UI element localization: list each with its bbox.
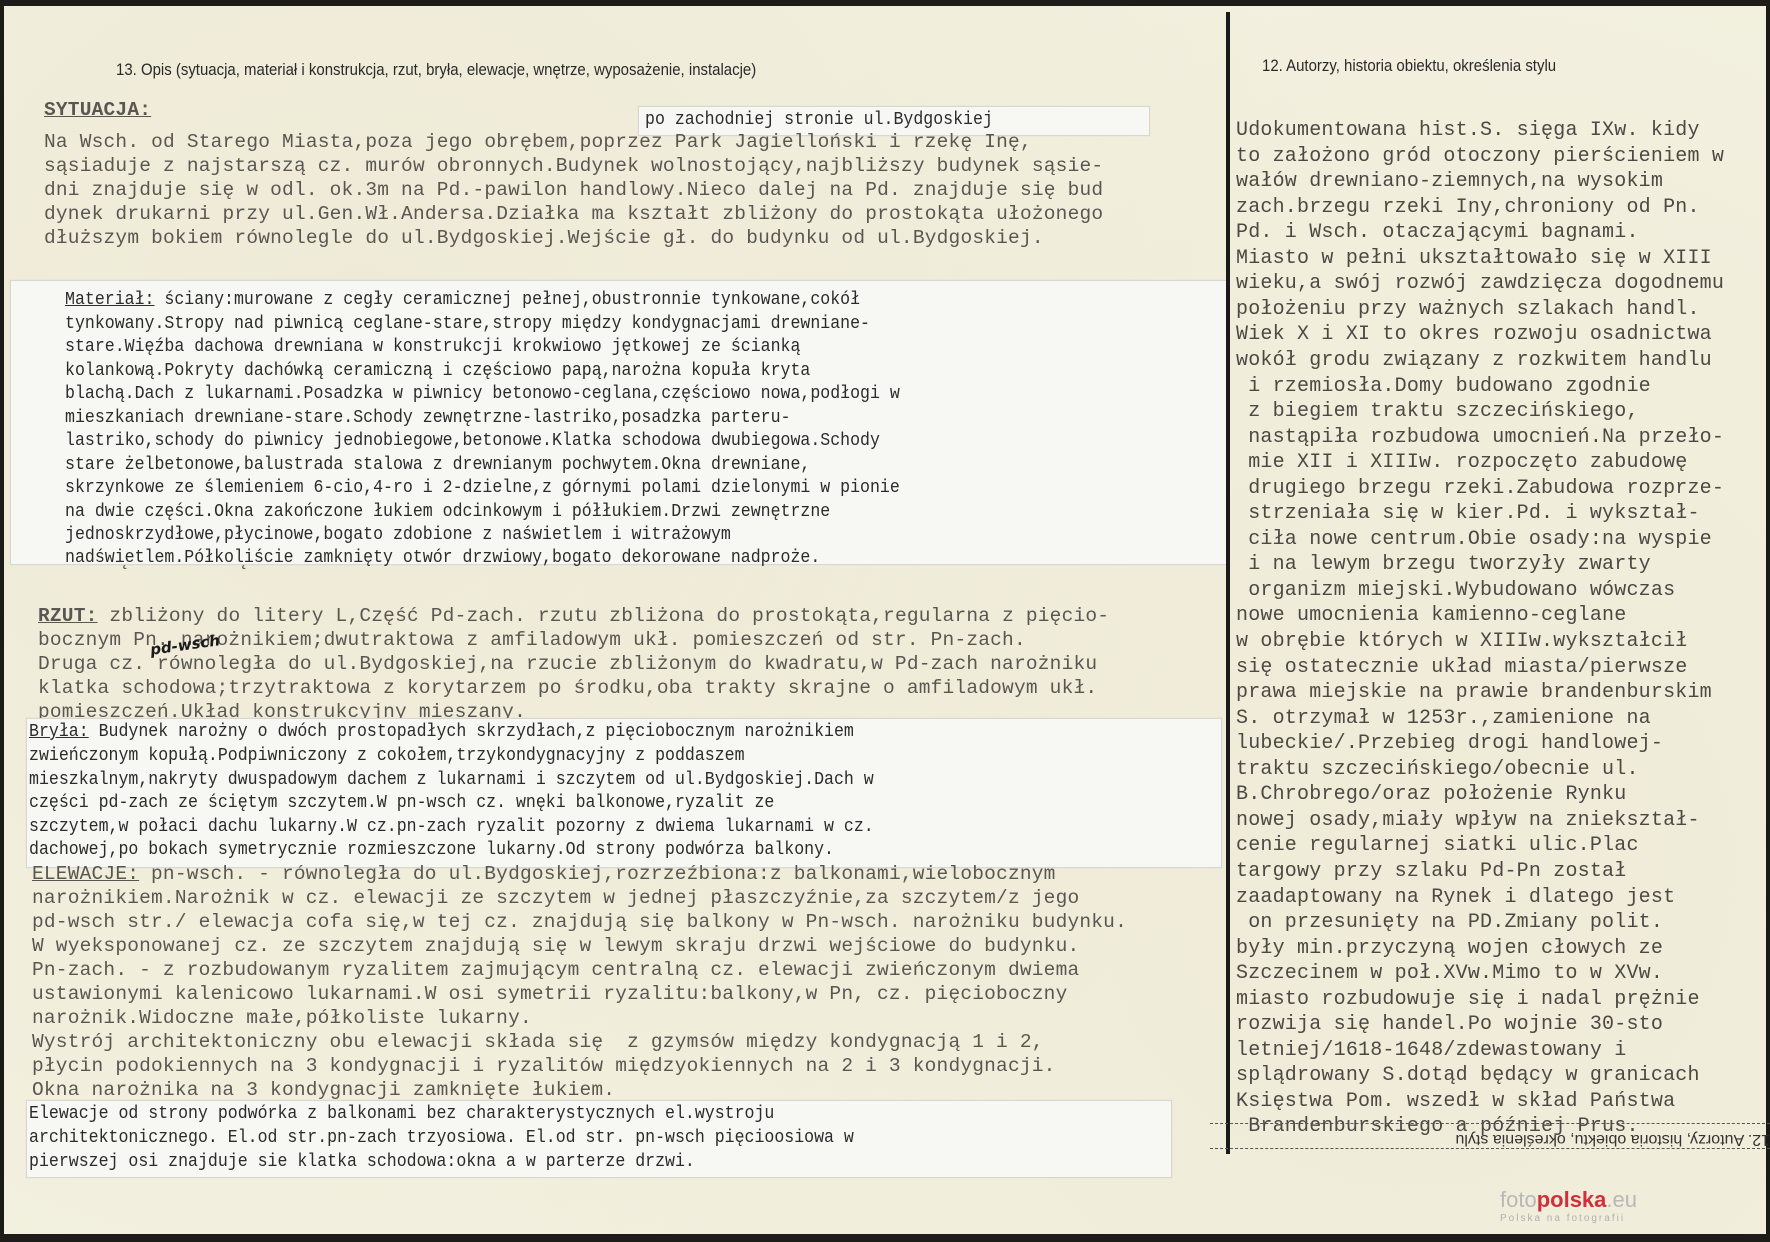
text-line: ciła nowe centrum.Obie osady:na wyspie	[1236, 527, 1712, 553]
text-line: wałów drewniano-ziemnych,na wysokim	[1236, 169, 1663, 195]
text-line: W wyeksponowanej cz. ze szczytem znajduj…	[32, 934, 1079, 958]
text-line: Pn-zach. - z rozbudowanym ryzalitem zajm…	[32, 958, 1079, 982]
text-line: splądrowany S.dotąd będący w granicach	[1236, 1063, 1700, 1089]
text-line: strzeniała się w kier.Pd. i wykształ-	[1236, 501, 1700, 527]
text-line: on przesunięty na PD.Zmiany polit.	[1236, 910, 1663, 936]
text-line: kolankową.Pokryty dachówką ceramiczną i …	[65, 360, 810, 384]
material-pasted-block: Materiał: ściany:murowane z cegły cerami…	[10, 280, 1227, 565]
text-line: nadświetlem.Półkoliście zamknięty otwór …	[65, 547, 820, 571]
elewacje-label: ELEWACJE:	[32, 863, 139, 885]
text-line: były min.przyczyną wojen cłowych ze	[1236, 936, 1663, 962]
text-line: B.Chrobrego/oraz położenie Rynku	[1236, 782, 1626, 808]
text-line: architektonicznego. El.od str.pn-zach tr…	[29, 1127, 854, 1151]
section-12-header: 12. Autorzy, historia obiektu, określeni…	[1262, 56, 1556, 76]
text-line: Elewacje od strony podwórka z balkonami …	[29, 1103, 774, 1127]
text-line: w obrębie których w XIIIw.wykształcił	[1236, 629, 1687, 655]
elewacje-podworze-pasted-block: Elewacje od strony podwórka z balkonami …	[26, 1100, 1172, 1178]
bryla-label: Bryła:	[29, 722, 89, 742]
text-line: letniej/1618-1648/zdewastowany i	[1236, 1038, 1626, 1064]
text-line: miasto rozbudowuje się i nadal prężnie	[1236, 987, 1700, 1013]
text-line: płycin podokiennych na 3 kondygnacji i r…	[32, 1054, 1056, 1078]
text-line: pd-wsch str./ elewacja cofa się,w tej cz…	[32, 910, 1127, 934]
column-divider	[1226, 12, 1230, 1154]
text-line: klatka schodowa;trzytraktowa z korytarze…	[38, 676, 1097, 700]
text-line: mie XII i XIIIw. rozpoczęto zabudowę	[1236, 450, 1687, 476]
watermark: fotopolska.eu Polska na fotografii	[1500, 1187, 1637, 1224]
text-line: zwieńczonym kopułą.Podpiwniczony z cokoł…	[29, 745, 745, 769]
text-line: nowe umocnienia kamienno-ceglane	[1236, 603, 1626, 629]
text-line: Księstwa Pom. wszedł w skład Państwa	[1236, 1089, 1675, 1115]
text-line: to założono gród otoczony pierścieniem w	[1236, 144, 1724, 170]
text-line: jednoskrzydłowe,płycinowe,bogato zdobion…	[65, 524, 731, 548]
scan-bottom-edge	[0, 1234, 1770, 1242]
section-13-header: 13. Opis (sytuacja, materiał i konstrukc…	[116, 60, 756, 80]
text-line: prawa miejskie na prawie brandenburskim	[1236, 680, 1712, 706]
text-line: Na Wsch. od Starego Miasta,poza jego obr…	[44, 130, 1032, 154]
text-line: dni znajduje się w odl. ok.3m na Pd.-paw…	[44, 178, 1103, 202]
text-line: mieszkalnym,nakryty dwuspadowym dachem z…	[29, 769, 874, 793]
text-line: i na lewym brzegu tworzyły zwarty	[1236, 552, 1651, 578]
text-line: cenie regularnej siatki ulic.Plac	[1236, 833, 1639, 859]
text-line: na dwie części.Okna zakończone łukiem od…	[65, 501, 830, 525]
text-line: stare żelbetonowe,balustrada stalowa z d…	[65, 454, 810, 478]
text-line: lubeckie/.Przebieg drogi handlowej-	[1236, 731, 1663, 757]
text-line: zbliżony do litery L,Część Pd-zach. rzut…	[109, 605, 1109, 627]
text-line: Budynek narożny o dwóch prostopadłych sk…	[99, 722, 854, 742]
text-line: położeniu przy ważnych szlakach handl.	[1236, 297, 1700, 323]
text-line: się ostatecznie układ miasta/pierwsze	[1236, 655, 1687, 681]
text-line: skrzynkowe ze ślemieniem 6-cio,4-ro i 2-…	[65, 477, 900, 501]
text-line: lastriko,schody do piwnicy jednobiegowe,…	[65, 430, 880, 454]
text-line: pierwszej osi znajduje sie klatka schodo…	[29, 1151, 695, 1175]
text-line: wokół grodu związany z rozkwitem handlu	[1236, 348, 1712, 374]
text-line: szczytem,w połaci dachu lukarny.W cz.pn-…	[29, 816, 874, 840]
sytuacja-label: SYTUACJA:	[44, 98, 151, 122]
text-line: organizm miejski.Wybudowano wówczas	[1236, 578, 1675, 604]
text-line: zach.brzegu rzeki Iny,chroniony od Pn.	[1236, 195, 1700, 221]
text-line: dachowej,po bokach symetrycznie rozmiesz…	[29, 839, 834, 863]
text-line: Druga cz. równoległa do ul.Bydgoskiej,na…	[38, 652, 1097, 676]
text-line: dynek drukarni przy ul.Gen.Wł.Andersa.Dz…	[44, 202, 1103, 226]
text-line: Miasto w pełni ukształtowało się w XIII	[1236, 246, 1712, 272]
text-line: narożnikiem.Narożnik w cz. elewacji ze s…	[32, 886, 1079, 910]
text-line: Okna narożnika na 3 kondygnacji zamknięt…	[32, 1078, 615, 1102]
text-line: Wystrój architektoniczny obu elewacji sk…	[32, 1030, 1044, 1054]
text-line: blachą.Dach z lukarnami.Posadzka w piwni…	[65, 383, 900, 407]
text-line: dłuższym bokiem równolegle do ul.Bydgosk…	[44, 226, 1044, 250]
text-line: ustawionymi kalenicowo lukarnami.W osi s…	[32, 982, 1067, 1006]
text-line: części pd-zach ze ściętym szczytem.W pn-…	[29, 792, 774, 816]
text-line: i rzemiosła.Domy budowano zgodnie	[1236, 374, 1651, 400]
text-line: Udokumentowana hist.S. sięga IXw. kidy	[1236, 118, 1700, 144]
text-line: ściany:murowane z cegły ceramicznej pełn…	[164, 290, 860, 310]
text-line: S. otrzymał w 1253r.,zamienione na	[1236, 706, 1651, 732]
text-line: pn-wsch. - równoległa do ul.Bydgoskiej,r…	[151, 863, 1056, 885]
text-line: rozwija się handel.Po wojnie 30-sto	[1236, 1012, 1663, 1038]
text-line: Pd. i Wsch. otaczającymi bagnami.	[1236, 220, 1639, 246]
rzut-label: RZUT:	[38, 605, 98, 627]
text-line: wieku,a swój rozwój zawdzięcza dogodnemu	[1236, 271, 1724, 297]
upside-down-footer: 12. Autorzy, historia obiektu, określeni…	[1210, 1123, 1770, 1149]
text-line: sąsiaduje z najstarszą cz. murów obronny…	[44, 154, 1103, 178]
text-line: nowej osady,miały wpływ na zniekształ-	[1236, 808, 1700, 834]
text-line: traktu szczecińskiego/obecnie ul.	[1236, 757, 1639, 783]
watermark-tagline: Polska na fotografii	[1500, 1213, 1637, 1224]
text-line: z biegiem traktu szczecińskiego,	[1236, 399, 1639, 425]
text-line: mieszkaniach drewniane-stare.Schody zewn…	[65, 407, 790, 431]
text-line: zaadaptowany na Rynek i dlatego jest	[1236, 885, 1675, 911]
bryla-pasted-block: Bryła: Budynek narożny o dwóch prostopad…	[26, 718, 1222, 868]
material-label: Materiał:	[65, 290, 154, 310]
text-line: targowy przy szlaku Pd-Pn został	[1236, 859, 1626, 885]
text-line: nastąpiła rozbudowa umocnień.Na przeło-	[1236, 425, 1724, 451]
text-line: tynkowany.Stropy nad piwnicą ceglane-sta…	[65, 313, 870, 337]
text-line: Wiek X i XI to okres rozwoju osadnictwa	[1236, 322, 1712, 348]
text-line: narożnik.Widoczne małe,półkoliste lukarn…	[32, 1006, 532, 1030]
text-line: drugiego brzegu rzeki.Zabudowa rozprze-	[1236, 476, 1724, 502]
text-line: Szczecinem w poł.XVw.Mimo to w XVw.	[1236, 961, 1663, 987]
text-line: stare.Więźba dachowa drewniana w konstru…	[65, 336, 800, 360]
